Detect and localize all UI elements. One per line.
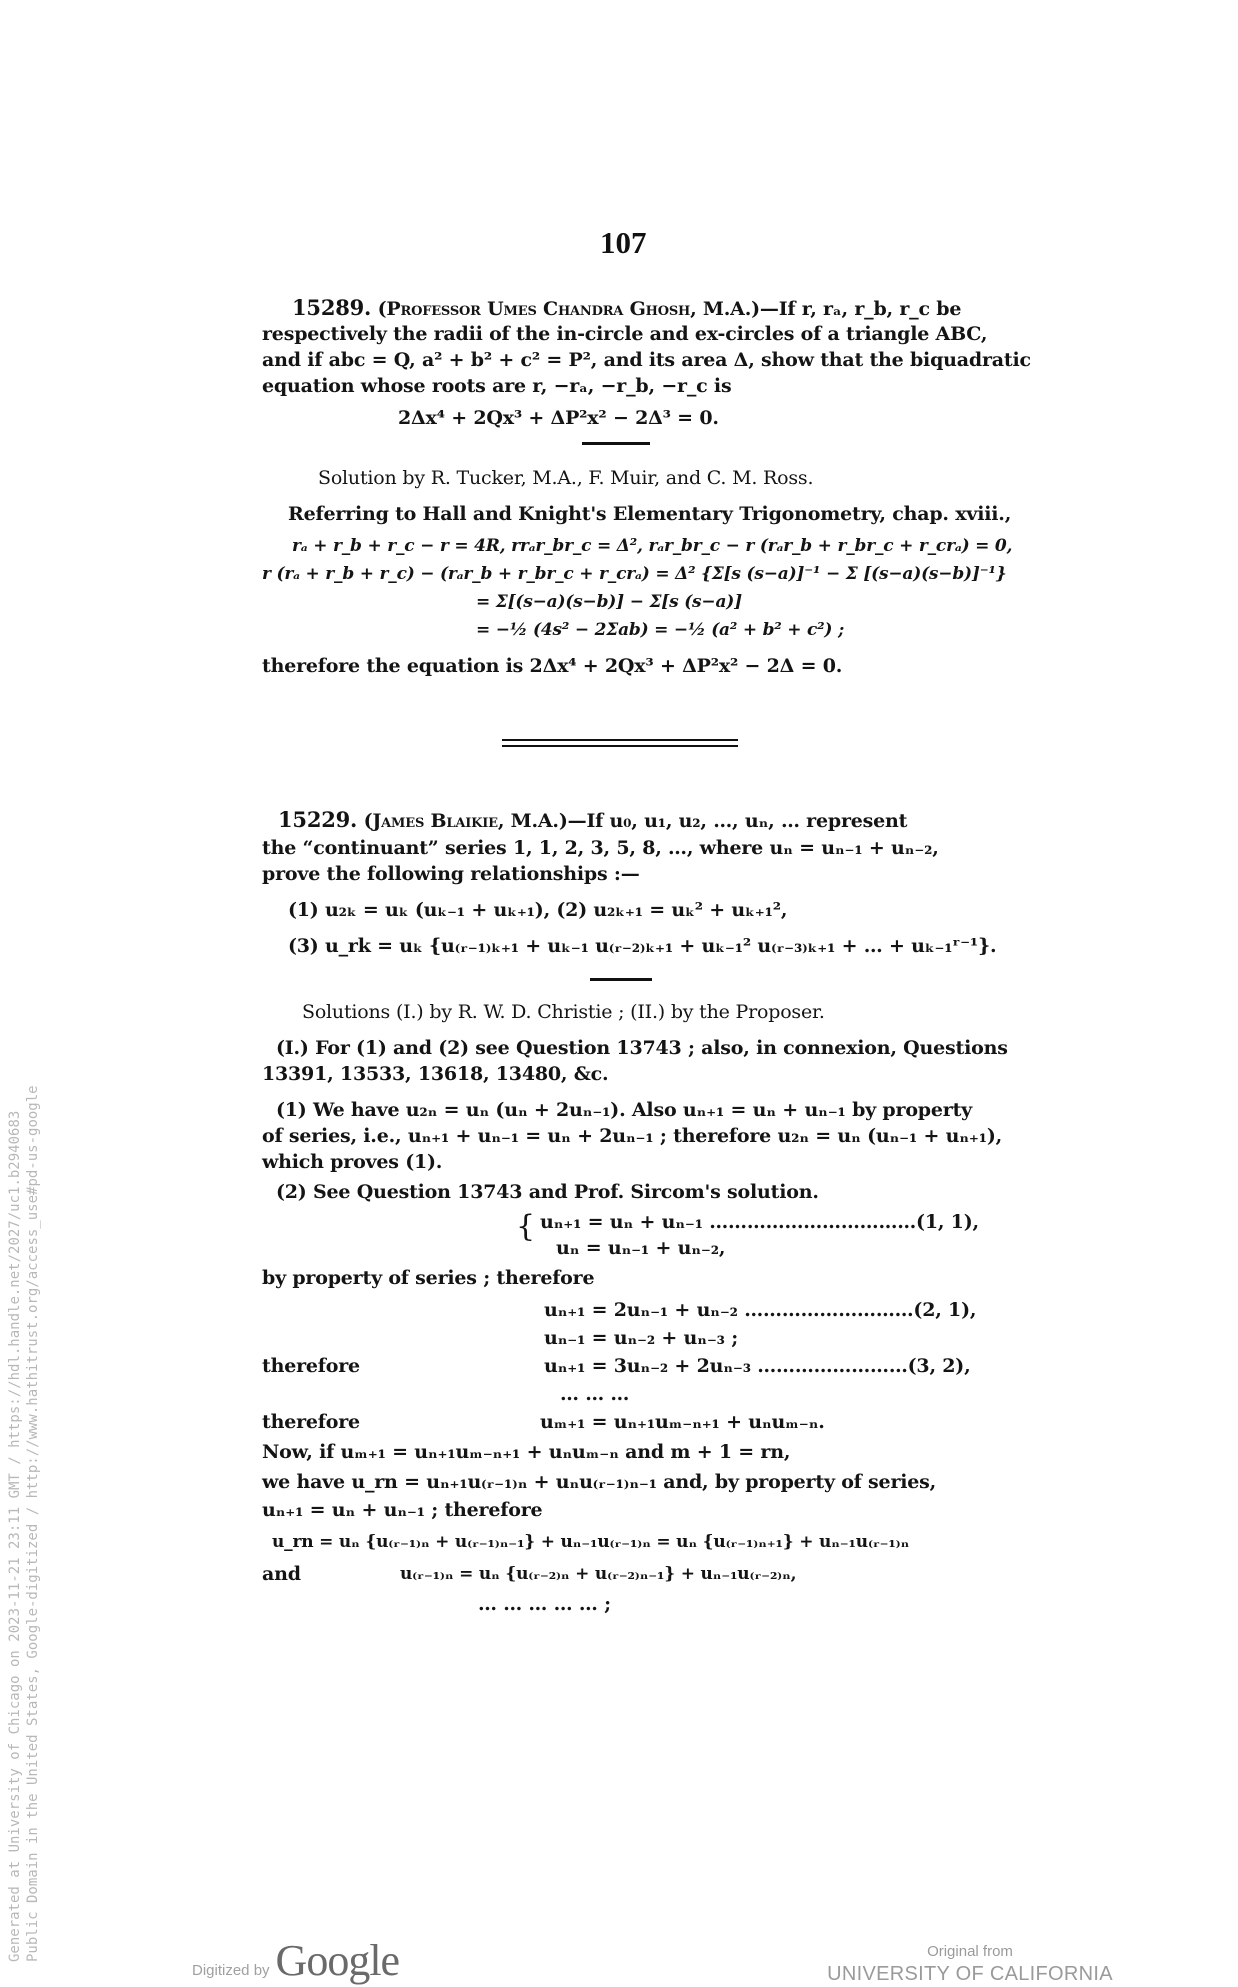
original-from: Original from UNIVERSITY OF CALIFORNIA [800,1943,1140,1987]
and-label: and [262,1562,301,1586]
institution-name: UNIVERSITY OF CALIFORNIA [800,1961,1140,1987]
problem-text-line: and if abc = Q, a² + b² + c² = P², and i… [262,348,1031,372]
problem-text-line: equation whose roots are r, −rₐ, −r_b, −… [262,374,731,398]
solution-intro: Referring to Hall and Knight's Elementar… [288,502,1011,526]
question-number: 15289. [292,295,371,320]
solution-text-line: (I.) For (1) and (2) see Question 13743 … [276,1036,1008,1060]
page-number: 107 [600,225,647,261]
proposer: (Professor Umes Chandra Ghosh, M.A.) [378,298,760,320]
double-rule-bottom [502,745,738,747]
watermark-line-2: Public Domain in the United States, Goog… [24,1085,42,1962]
problem-text: —If u₀, u₁, u₂, …, uₙ, … represent [568,810,908,832]
solution-heading: Solutions (I.) by R. W. D. Christie ; (I… [302,1000,825,1024]
relation-3: (3) u_rk = uₖ {u₍ᵣ₋₁₎ₖ₊₁ + uₖ₋₁ u₍ᵣ₋₂₎ₖ₊… [288,934,996,958]
urn-equation: u_rn = uₙ {u₍ᵣ₋₁₎ₙ + u₍ᵣ₋₁₎ₙ₋₁} + uₙ₋₁u₍… [272,1530,909,1554]
solution-text-line: (1) We have u₂ₙ = uₙ (uₙ + 2uₙ₋₁). Also … [276,1098,972,1122]
solution-text-line: 13391, 13533, 13618, 13480, &c. [262,1062,608,1086]
problem-text-line: respectively the radii of the in-circle … [262,322,987,346]
hathitrust-watermark: Generated at University of Chicago on 20… [6,1085,42,1962]
solution-text-line: which proves (1). [262,1150,442,1174]
step-label: therefore [262,1354,360,1378]
original-from-label: Original from [800,1943,1140,1961]
scanned-page: 107 15289. (Professor Umes Chandra Ghosh… [0,0,1238,1987]
proposer: (James Blaikie, M.A.) [364,810,568,832]
step-label: therefore [262,1410,360,1434]
and-equation: u₍ᵣ₋₁₎ₙ = uₙ {u₍ᵣ₋₂₎ₙ + u₍ᵣ₋₂₎ₙ₋₁} + uₙ₋… [400,1562,796,1586]
solution-heading: Solution by R. Tucker, M.A., F. Muir, an… [318,466,813,490]
solution-equation: = Σ[(s−a)(s−b)] − Σ[s (s−a)] [476,590,742,614]
step-equation: uₙ₊₁ = 2uₙ₋₁ + uₙ₋₂ ………………………(2, 1), [544,1298,976,1322]
section-divider [590,978,652,981]
solution-equation: = −½ (4s² − 2Σab) = −½ (a² + b² + c²) ; [476,618,844,642]
problem-text-line: the “continuant” series 1, 1, 2, 3, 5, 8… [262,836,939,860]
problem-15229-header: 15229. (James Blaikie, M.A.)—If u₀, u₁, … [278,808,907,833]
solution-text-line: by property of series ; therefore [262,1266,594,1290]
digitized-by-google: Digitized by Google [192,1935,399,1986]
solution-text-line: of series, i.e., uₙ₊₁ + uₙ₋₁ = uₙ + 2uₙ₋… [262,1124,1002,1148]
solution-text-line: (2) See Question 13743 and Prof. Sircom'… [276,1180,819,1204]
system-equation: uₙ = uₙ₋₁ + uₙ₋₂, [556,1236,725,1260]
solution-text-line: we have u_rn = uₙ₊₁u₍ᵣ₋₁₎ₙ + uₙu₍ᵣ₋₁₎ₙ₋₁… [262,1470,936,1494]
left-brace: { [516,1212,535,1242]
solution-conclusion: therefore the equation is 2Δx⁴ + 2Qx³ + … [262,654,842,678]
watermark-line-1: Generated at University of Chicago on 20… [6,1085,24,1962]
system-equation: uₙ₊₁ = uₙ + uₙ₋₁ ……………………………(1, 1), [540,1210,979,1234]
section-divider [582,442,650,445]
ellipsis-line: … … … … … ; [478,1592,611,1616]
solution-equation: rₐ + r_b + r_c − r = 4R, rrₐr_br_c = Δ²,… [292,534,1012,558]
step-equation: uₙ₊₁ = 3uₙ₋₂ + 2uₙ₋₃ ……………………(3, 2), [544,1354,971,1378]
google-logo: Google [276,1935,400,1986]
double-rule-top [502,739,738,741]
relation-1-2: (1) u₂ₖ = uₖ (uₖ₋₁ + uₖ₊₁), (2) u₂ₖ₊₁ = … [288,898,787,922]
solution-text-line: Now, if uₘ₊₁ = uₙ₊₁uₘ₋ₙ₊₁ + uₙuₘ₋ₙ and m… [262,1440,790,1464]
problem-text: —If r, rₐ, r_b, r_c be [760,298,961,320]
solution-text-line: uₙ₊₁ = uₙ + uₙ₋₁ ; therefore [262,1498,542,1522]
problem-15289-header: 15289. (Professor Umes Chandra Ghosh, M.… [292,296,961,321]
step-equation: uₙ₋₁ = uₙ₋₂ + uₙ₋₃ ; [544,1326,738,1350]
problem-equation: 2Δx⁴ + 2Qx³ + ΔP²x² − 2Δ³ = 0. [398,406,719,430]
problem-text-line: prove the following relationships :— [262,862,640,886]
digitized-by-label: Digitized by [192,1962,270,1979]
question-number: 15229. [278,807,357,832]
step-ellipsis: … … … [560,1382,629,1406]
step-equation: uₘ₊₁ = uₙ₊₁uₘ₋ₙ₊₁ + uₙuₘ₋ₙ. [540,1410,825,1434]
solution-equation: r (rₐ + r_b + r_c) − (rₐr_b + r_br_c + r… [262,562,1006,586]
